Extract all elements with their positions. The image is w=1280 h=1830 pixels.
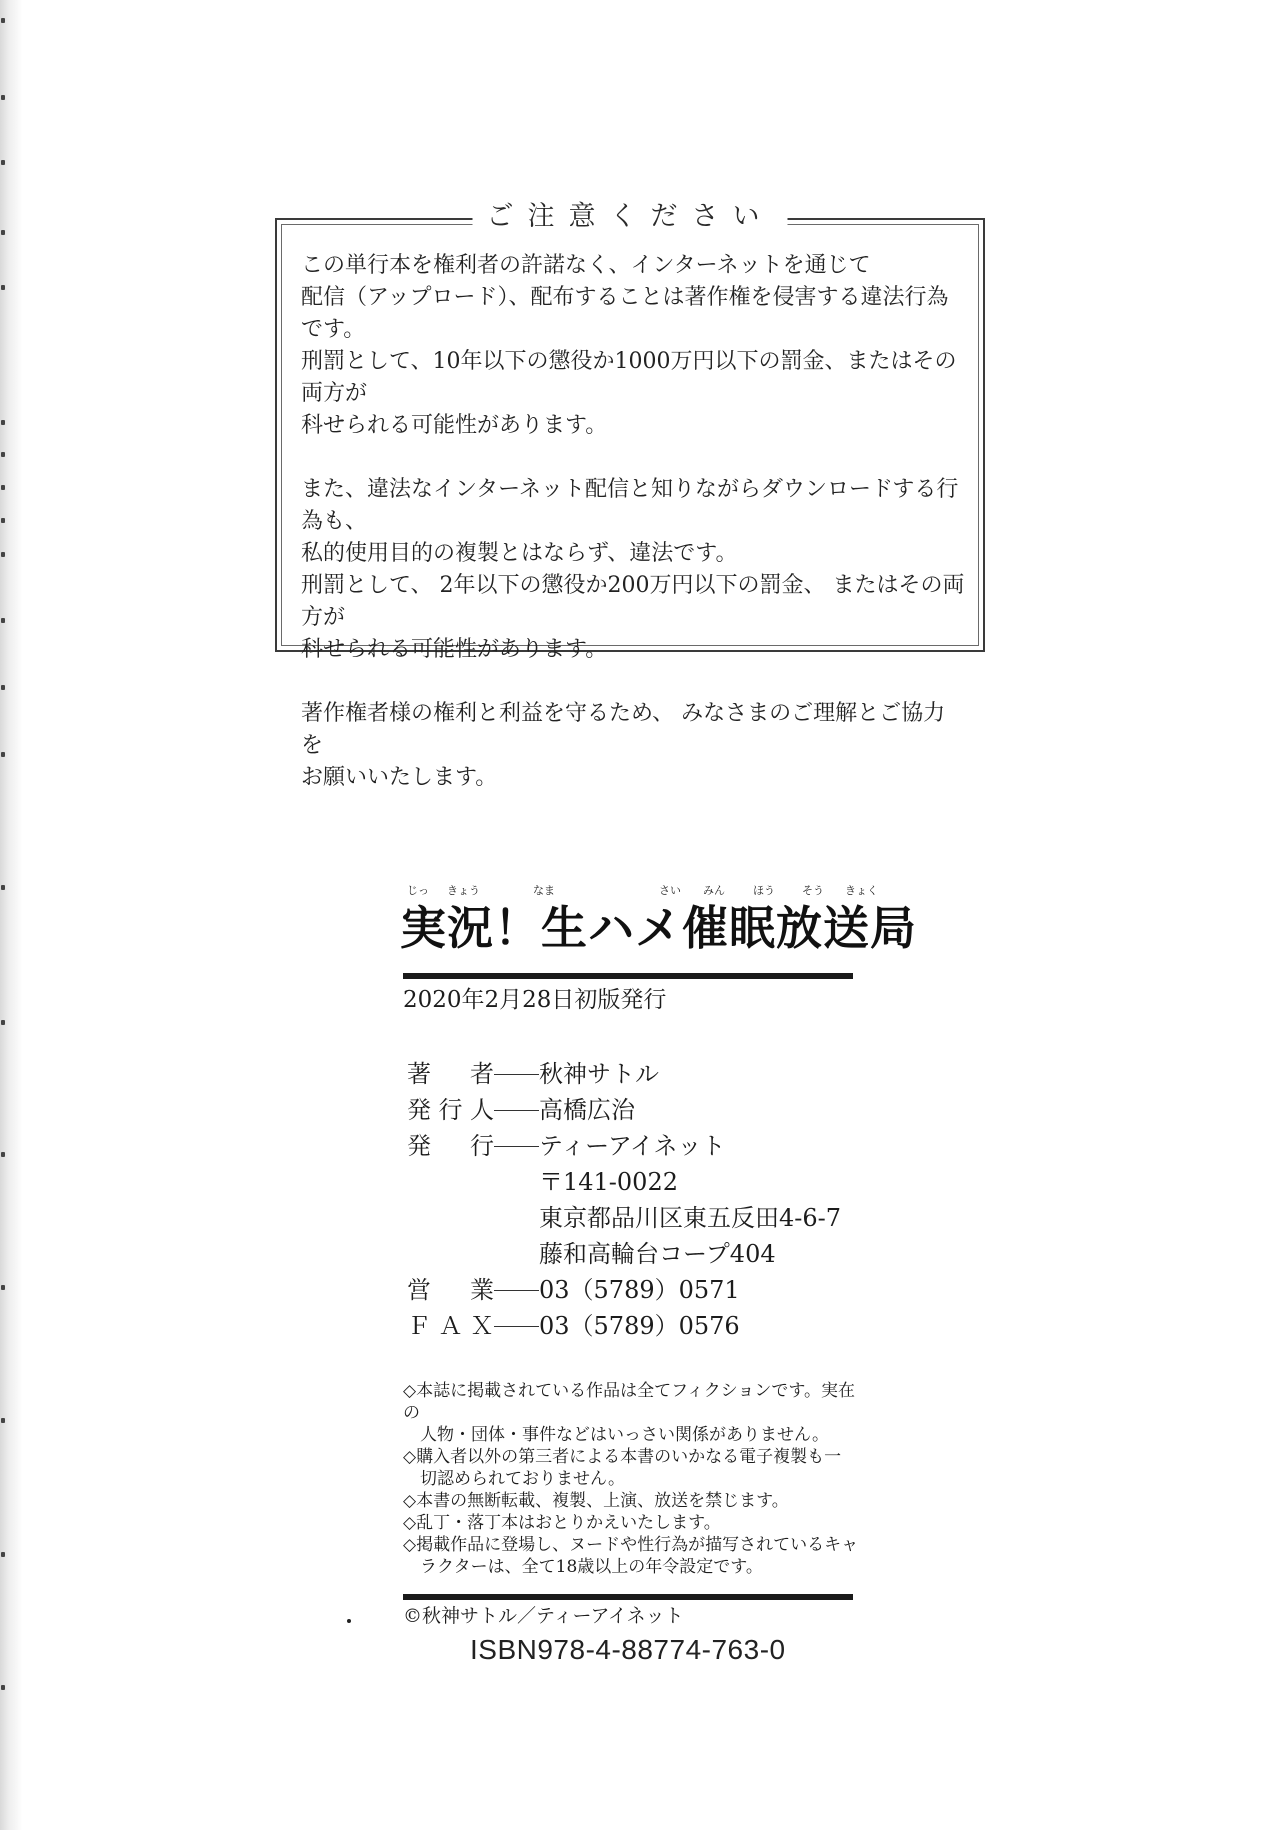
notice-paragraph-upload: この単行本を権利者の許諾なく、インターネットを通じて 配信（アップロード）、配布… <box>301 250 967 442</box>
credits-block: 著 者 秋神サトル 発行人 高橋広治 発 行 ティーアイネット 〒141-002… <box>407 1056 841 1344</box>
binding-mark <box>1 1285 5 1290</box>
note-reproduction: ◇本書の無断転載、複製、上演、放送を禁じます。 <box>403 1490 863 1512</box>
ruby-text: ほう <box>753 882 775 898</box>
author-name: 秋神サトル <box>539 1056 659 1092</box>
ruby-text: じっ <box>407 882 429 898</box>
ruby-text: きょく <box>845 882 878 898</box>
binding-mark <box>1 452 5 457</box>
credit-label: 著 者 <box>407 1056 494 1092</box>
binding-mark <box>1 1552 5 1557</box>
credit-label: ＦＡＸ <box>407 1308 494 1344</box>
copyright-line: ©秋神サトル／ティーアイネット <box>403 1604 684 1628</box>
ruby-text: さい <box>659 882 681 898</box>
page-binding-edge <box>0 0 22 1830</box>
dash-divider <box>494 1308 539 1344</box>
legal-notes: ◇本誌に掲載されている作品は全てフィクションです。実在の 人物・団体・事件などは… <box>403 1380 863 1578</box>
address-line-1: 東京都品川区東五反田4-6-7 <box>407 1200 841 1236</box>
binding-mark <box>1 420 5 425</box>
notice-title: ご注意ください <box>473 200 788 234</box>
copyright-notice-box: ご注意ください この単行本を権利者の許諾なく、インターネットを通じて 配信（アッ… <box>275 218 985 652</box>
sales-phone: 03（5789）0571 <box>539 1272 740 1308</box>
postal-code: 〒141-0022 <box>407 1164 841 1200</box>
book-title: 実況！生ハメ催眠放送局 <box>400 900 917 956</box>
binding-mark <box>1 1020 5 1025</box>
binding-mark <box>1 18 5 23</box>
note-defective-copies: ◇乱丁・落丁本はおとりかえいたします。 <box>403 1512 863 1534</box>
credit-row-publisher: 発 行 ティーアイネット <box>407 1128 841 1164</box>
credit-label: 発行人 <box>407 1092 494 1128</box>
credit-row-publisher-person: 発行人 高橋広治 <box>407 1092 841 1128</box>
title-rule <box>403 973 853 979</box>
binding-mark <box>1 885 5 890</box>
binding-mark <box>1 485 5 490</box>
binding-mark <box>1 685 5 690</box>
binding-mark <box>1 230 5 235</box>
binding-mark <box>1 618 5 623</box>
binding-mark <box>1 95 5 100</box>
ruby-text: きょう <box>447 882 480 898</box>
credit-row-author: 著 者 秋神サトル <box>407 1056 841 1092</box>
binding-mark <box>1 285 5 290</box>
binding-mark <box>1 518 5 523</box>
credit-row-fax: ＦＡＸ 03（5789）0576 <box>407 1308 841 1344</box>
dash-divider <box>494 1272 539 1308</box>
dash-divider <box>494 1128 539 1164</box>
isbn: ISBN978-4-88774-763-0 <box>470 1633 786 1667</box>
credit-row-sales: 営 業 03（5789）0571 <box>407 1272 841 1308</box>
note-electronic-copy: ◇購入者以外の第三者による本書のいかなる電子複製も一 切認められておりません。 <box>403 1446 863 1490</box>
binding-mark <box>1 752 5 757</box>
ruby-text: みん <box>703 882 725 898</box>
publisher-person-name: 高橋広治 <box>539 1092 635 1128</box>
notice-paragraph-request: 著作権者様の権利と利益を守るため、 みなさまのご理解とご協力を お願いいたします… <box>301 698 967 794</box>
publisher-name: ティーアイネット <box>539 1128 725 1164</box>
binding-mark <box>1 160 5 165</box>
binding-mark <box>1 1152 5 1157</box>
address-line-2: 藤和高輪台コープ404 <box>407 1236 841 1272</box>
dash-divider <box>494 1056 539 1092</box>
note-fiction: ◇本誌に掲載されている作品は全てフィクションです。実在の 人物・団体・事件などは… <box>403 1380 863 1446</box>
credit-label: 発 行 <box>407 1128 494 1164</box>
note-age-setting: ◇掲載作品に登場し、ヌードや性行為が描写されているキャ ラクターは、全て18歳以… <box>403 1534 863 1578</box>
notice-body: この単行本を権利者の許諾なく、インターネットを通じて 配信（アップロード）、配布… <box>301 250 967 794</box>
fax-number: 03（5789）0576 <box>539 1308 740 1344</box>
ruby-text: そう <box>802 882 824 898</box>
binding-mark <box>1 1418 5 1423</box>
copyright-rule <box>403 1594 853 1600</box>
scan-speck <box>347 1619 351 1623</box>
dash-divider <box>494 1092 539 1128</box>
title-ruby: じっ きょう なま さい みん ほう そう きょく <box>407 882 867 896</box>
binding-mark <box>1 552 5 557</box>
credit-label: 営 業 <box>407 1272 494 1308</box>
notice-paragraph-download: また、違法なインターネット配信と知りながらダウンロードする行為も、 私的使用目的… <box>301 474 967 666</box>
ruby-text: なま <box>533 882 555 898</box>
binding-mark <box>1 1685 5 1690</box>
publication-date: 2020年2月28日初版発行 <box>403 985 666 1015</box>
